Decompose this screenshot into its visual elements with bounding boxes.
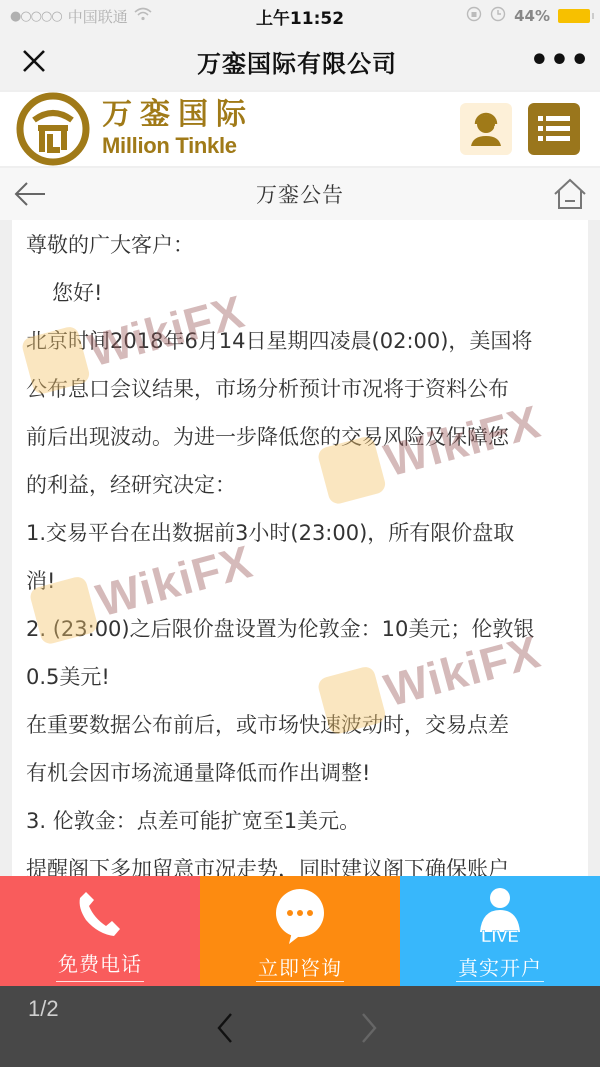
close-icon — [21, 48, 47, 74]
open-live-account-button[interactable]: LIVE 真实开户 — [400, 876, 600, 986]
article-line: 2. (23:00)之后限价盘设置为伦敦金：10美元；伦敦银 — [26, 604, 574, 652]
webview-navbar: 万銮国际有限公司 ••• — [0, 32, 600, 90]
list-menu-icon — [538, 115, 570, 143]
section-header: 万銮公告 — [0, 168, 600, 220]
chevron-right-icon — [360, 1012, 378, 1044]
article-line: 1.交易平台在出数据前3小时(23:00)，所有限价盘取 — [26, 508, 574, 556]
article-line: 提醒阁下多加留意市况走势，同时建议阁下确保账户 — [26, 844, 574, 876]
signal-strength: ●○○○○ — [10, 9, 62, 24]
page-title: 万銮国际有限公司 — [74, 44, 520, 79]
close-button[interactable] — [0, 32, 74, 90]
article-line: 消! — [26, 556, 574, 604]
svg-text:LIVE: LIVE — [481, 927, 519, 946]
next-button[interactable] — [360, 1012, 378, 1048]
wifi-icon — [134, 7, 152, 25]
back-button[interactable] — [0, 181, 60, 207]
phone-icon — [72, 886, 128, 942]
article-line: 前后出现波动。为进一步降低您的交易风险及保障您 — [26, 412, 574, 460]
chat-icon — [270, 886, 330, 946]
brand-header: 万銮国际 Million Tinkle — [0, 92, 600, 166]
consult-now-button[interactable]: 立即咨询 — [200, 876, 400, 986]
more-options-button[interactable]: ••• — [520, 32, 600, 90]
brand-name-en: Million Tinkle — [102, 132, 254, 160]
article-line: 的利益，经研究决定： — [26, 460, 574, 508]
action-label: 免费电话 — [58, 948, 142, 977]
article-line: 0.5美元! — [26, 652, 574, 700]
customer-service-button[interactable] — [460, 103, 512, 155]
page-indicator: 1/2 — [28, 996, 59, 1022]
live-account-icon: LIVE — [470, 886, 530, 946]
viewer-overlay — [0, 986, 600, 1067]
action-label: 立即咨询 — [258, 952, 342, 981]
article-line: 北京时间2018年6月14日星期四凌晨(02:00)，美国将 — [26, 316, 574, 364]
article-line: 公布息口会议结果，市场分析预计市况将于资料公布 — [26, 364, 574, 412]
chevron-left-icon — [216, 1012, 234, 1044]
salutation-line: 您好! — [26, 268, 574, 316]
headset-agent-icon — [467, 110, 505, 148]
article-line: 3. 伦敦金：点差可能扩宽至1美元。 — [26, 796, 574, 844]
alarm-icon — [490, 6, 506, 26]
battery-icon — [558, 9, 590, 23]
battery-percent: 44% — [514, 7, 550, 25]
action-bar: 免费电话 立即咨询 LIVE 真实开户 — [0, 876, 600, 986]
greeting-line: 尊敬的广大客户： — [26, 220, 574, 268]
home-button[interactable] — [540, 178, 600, 210]
orientation-lock-icon — [466, 6, 482, 26]
article-line: 有机会因市场流通量降低而作出调整! — [26, 748, 574, 796]
previous-button[interactable] — [216, 1012, 234, 1048]
announcement-content: 尊敬的广大客户： 您好! 北京时间2018年6月14日星期四凌晨(02:00)，… — [12, 220, 588, 876]
carrier-name: 中国联通 — [68, 6, 128, 27]
article-line: 在重要数据公布前后，或市场快速波动时，交易点差 — [26, 700, 574, 748]
status-bar: ●○○○○ 中国联通 上午11:52 44% — [0, 0, 600, 32]
free-call-button[interactable]: 免费电话 — [0, 876, 200, 986]
home-icon — [553, 178, 587, 210]
section-title: 万銮公告 — [60, 179, 540, 209]
brand-name-cn: 万銮国际 — [102, 98, 254, 132]
action-label: 真实开户 — [458, 952, 542, 981]
brand-logo-icon[interactable] — [16, 92, 90, 166]
menu-button[interactable] — [528, 103, 580, 155]
clock: 上午11:52 — [190, 4, 410, 29]
arrow-left-icon — [13, 181, 47, 207]
